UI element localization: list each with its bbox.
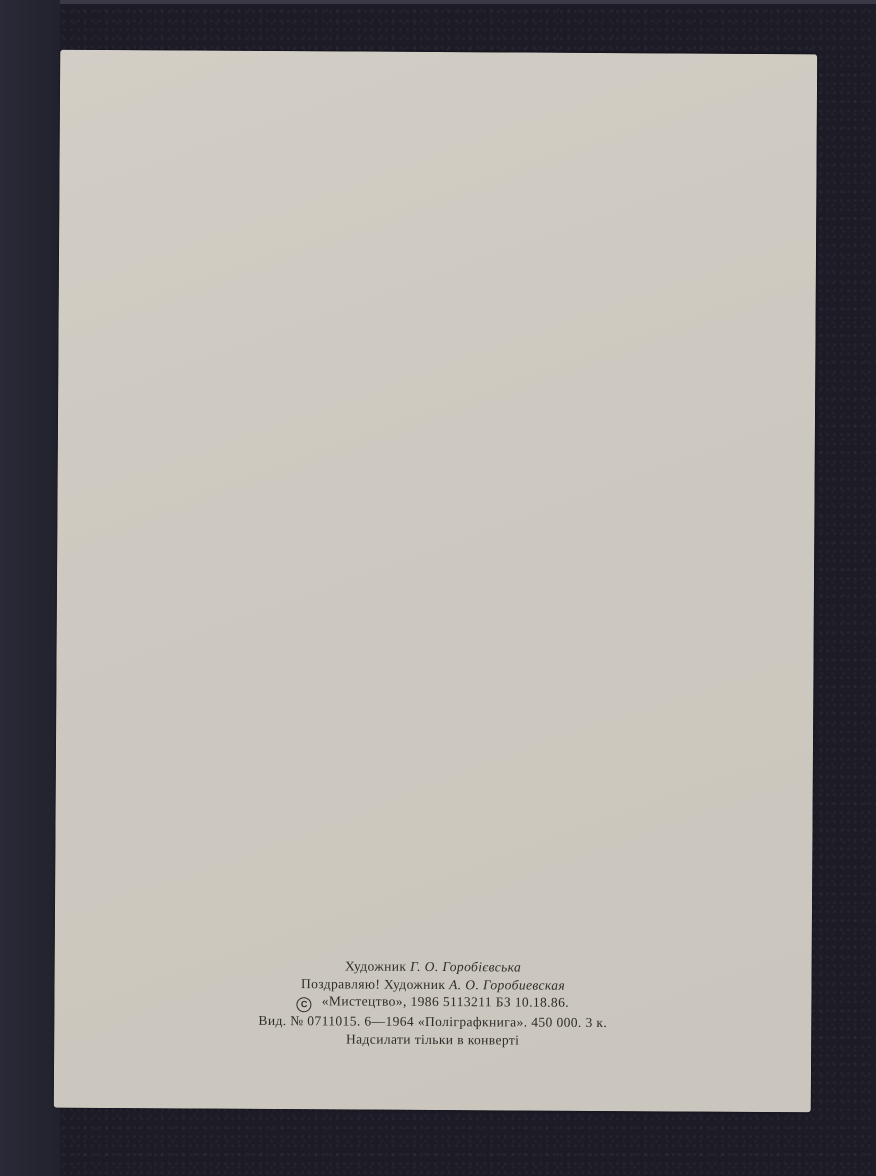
surface-shade bbox=[0, 0, 60, 1176]
artist-label: Художник bbox=[345, 958, 410, 973]
copyright-icon: C bbox=[297, 997, 312, 1012]
artist-name-ukrainian: Г. О. Горобієвська bbox=[410, 959, 521, 975]
mailing-note: Надсилати тільки в конверті bbox=[54, 1028, 811, 1050]
surface-edge bbox=[0, 0, 876, 4]
postcard-back: Художник Г. О. Горобієвська Поздравляю! … bbox=[54, 50, 817, 1113]
publisher-imprint: Художник Г. О. Горобієвська Поздравляю! … bbox=[54, 956, 812, 1051]
artist-name-russian: А. О. Горобиевская bbox=[449, 977, 565, 993]
title-label: Поздравляю! Художник bbox=[301, 976, 449, 992]
publisher-text: «Мистецтво», 1986 5113211 БЗ 10.18.86. bbox=[322, 993, 569, 1010]
